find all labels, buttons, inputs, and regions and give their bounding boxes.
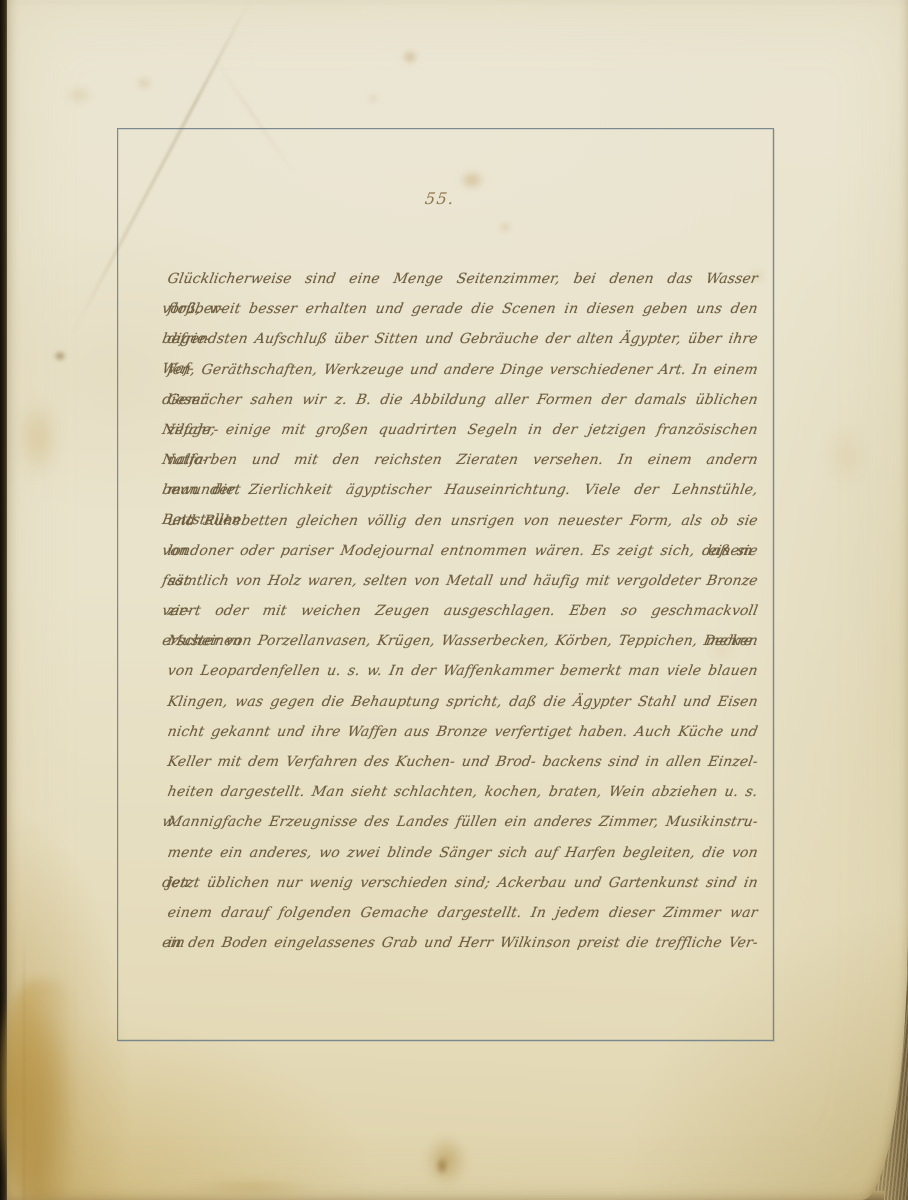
manuscript-line: einem darauf folgenden Gemache dargestel… <box>165 898 760 928</box>
manuscript-line: von Leopardenfellen u. s. w. In der Waff… <box>165 656 760 686</box>
stain <box>402 50 418 64</box>
stain <box>65 86 93 104</box>
manuscript-line: Glücklicherweise sind eine Menge Seitenz… <box>165 264 760 294</box>
stain <box>53 350 67 362</box>
manuscript-page: 55. Glücklicherweise sind eine Menge Sei… <box>7 0 908 1200</box>
stain <box>435 1156 449 1176</box>
manuscript-line: Gemächer sahen wir z. B. die Abbildung a… <box>165 385 760 415</box>
manuscript-line: heiten dargestellt. Man sieht schlachten… <box>165 777 760 807</box>
manuscript-line: nalfarben und mit den reichsten Zieraten… <box>165 445 760 475</box>
manuscript-line: Mannigfache Erzeugnisse des Landes fülle… <box>165 807 760 837</box>
manuscript-line: und Ruhebetten gleichen völlig den unsri… <box>165 506 760 536</box>
manuscript-line: zeuge, einige mit großen quadrirten Sege… <box>165 415 760 445</box>
manuscript-line: man die Zierlichkeit ägyptischer Hausein… <box>165 475 760 505</box>
stain <box>187 1178 317 1196</box>
manuscript-line: Muster von Porzellanvasen, Krügen, Wasse… <box>165 626 760 656</box>
manuscript-line: nicht gekannt und ihre Waffen aus Bronze… <box>165 717 760 747</box>
manuscript-line: Klingen, was gegen die Behauptung sprich… <box>165 687 760 717</box>
stain <box>367 94 379 104</box>
manuscript-line: mente ein anderes, wo zwei blinde Sänger… <box>165 838 760 868</box>
manuscript-line: fen, Geräthschaften, Werkzeuge und ander… <box>165 355 760 385</box>
manuscript-text: Glücklicherweise sind eine Menge Seitenz… <box>165 264 755 958</box>
manuscript-line: sämtlich von Holz waren, selten von Meta… <box>165 566 760 596</box>
manuscript-line: jetzt üblichen nur wenig verschieden sin… <box>165 868 760 898</box>
manuscript-line: in den Boden eingelassenes Grab und Herr… <box>165 928 760 958</box>
photographed-book-page: { "page": { "number": "55." }, "manuscri… <box>0 0 908 1200</box>
manuscript-line: ziert oder mit weichen Zeugen ausgeschla… <box>165 596 760 626</box>
stain <box>1 980 85 1200</box>
manuscript-line: floß, weit besser erhalten und gerade di… <box>165 294 760 324</box>
stain <box>825 424 869 488</box>
stain <box>135 76 153 90</box>
stain <box>15 396 61 480</box>
manuscript-line: londoner oder pariser Modejournal entnom… <box>165 536 760 566</box>
page-number: 55. <box>408 188 471 210</box>
manuscript-line: Keller mit dem Verfahren des Kuchen- und… <box>165 747 760 777</box>
manuscript-line: digendsten Aufschluß über Sitten und Geb… <box>165 324 760 354</box>
